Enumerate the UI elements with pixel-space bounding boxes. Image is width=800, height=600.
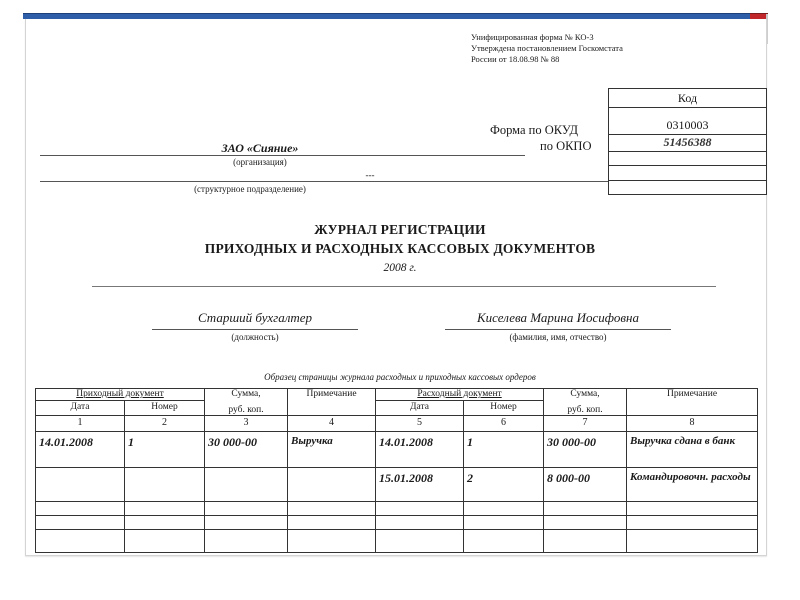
sum-header: Сумма, руб. коп. [205, 389, 288, 416]
full-name-value: Киселева Марина Иосифовна [443, 310, 673, 326]
outgoing-note-cell: Командировочн. расходы [627, 468, 758, 502]
position-value: Старший бухгалтер [150, 310, 360, 326]
table-row [36, 502, 758, 516]
table-cell [288, 502, 376, 516]
code-box-empty-row [609, 181, 766, 195]
note-header: Примечание [288, 389, 376, 416]
outgoing-note-cell: Выручка сдана в банк [627, 432, 758, 468]
okud-code: 0310003 [609, 108, 766, 135]
table-cell [464, 502, 544, 516]
okud-label: Форма по ОКУД [490, 123, 578, 138]
incoming-number-cell [125, 468, 205, 502]
document-year: 2008 г. [0, 262, 800, 274]
sum-header: Сумма, руб. коп. [544, 389, 627, 416]
table-row: 14.01.2008 1 30 000-00 Выручка 14.01.200… [36, 432, 758, 468]
code-box-empty-row [609, 166, 766, 181]
outgoing-date-cell: 15.01.2008 [376, 468, 464, 502]
position-caption: (должность) [150, 332, 360, 342]
incoming-number-cell: 1 [125, 432, 205, 468]
incoming-note-cell: Выручка [288, 432, 376, 468]
incoming-sum-cell: 30 000-00 [205, 432, 288, 468]
table-cell [125, 502, 205, 516]
table-cell [464, 516, 544, 530]
form-reference-line: России от 18.08.98 № 88 [471, 54, 623, 65]
table-cell [205, 516, 288, 530]
organization-caption: (организация) [160, 157, 360, 167]
sum-header-line1: Сумма, [208, 389, 284, 399]
form-reference: Унифицированная форма № КО-3 Утверждена … [471, 32, 623, 65]
table-cell [125, 516, 205, 530]
incoming-date-cell [36, 468, 125, 502]
code-box-header: Код [609, 89, 766, 108]
form-reference-line: Унифицированная форма № КО-3 [471, 32, 623, 43]
date-header: Дата [36, 401, 125, 416]
cash-journal-table: Приходный документ Сумма, руб. коп. Прим… [35, 388, 758, 553]
column-number: 5 [376, 416, 464, 432]
title-divider [92, 286, 716, 287]
column-number: 4 [288, 416, 376, 432]
form-reference-line: Утверждена постановлением Госкомстата [471, 43, 623, 54]
number-header: Номер [125, 401, 205, 416]
table-cell [125, 530, 205, 553]
column-number: 1 [36, 416, 125, 432]
okpo-code: 51456388 [609, 135, 766, 152]
table-cell [288, 516, 376, 530]
table-cell [544, 530, 627, 553]
outgoing-document-header: Расходный документ [376, 389, 544, 401]
table-cell [36, 516, 125, 530]
organization-name: ЗАО «Сияние» [160, 141, 360, 156]
code-box: Код 0310003 51456388 [608, 88, 767, 195]
column-number: 8 [627, 416, 758, 432]
incoming-date-cell: 14.01.2008 [36, 432, 125, 468]
table-row [36, 516, 758, 530]
okpo-label: по ОКПО [540, 139, 591, 154]
table-cell [205, 530, 288, 553]
outgoing-number-cell: 1 [464, 432, 544, 468]
sum-header-line1: Сумма, [547, 389, 623, 399]
code-box-empty-row [609, 152, 766, 166]
column-number: 3 [205, 416, 288, 432]
table-cell [544, 516, 627, 530]
sum-header-line2: руб. коп. [547, 399, 623, 415]
table-cell [627, 502, 758, 516]
incoming-document-header: Приходный документ [36, 389, 205, 401]
subdivision-caption: (структурное подразделение) [100, 184, 400, 194]
table-cell [288, 530, 376, 553]
journal-caption: Образец страницы журнала расходных и при… [0, 372, 800, 382]
table-cell [36, 530, 125, 553]
table-cell [464, 530, 544, 553]
table-cell [376, 502, 464, 516]
table-cell [627, 530, 758, 553]
document-title-line1: ЖУРНАЛ РЕГИСТРАЦИИ [0, 222, 800, 238]
document-title-line2: ПРИХОДНЫХ И РАСХОДНЫХ КАССОВЫХ ДОКУМЕНТО… [0, 241, 800, 257]
column-number: 7 [544, 416, 627, 432]
table-row [36, 530, 758, 553]
outgoing-number-cell: 2 [464, 468, 544, 502]
note-header: Примечание [627, 389, 758, 416]
incoming-sum-cell [205, 468, 288, 502]
organization-underline [40, 155, 525, 156]
table-cell [376, 530, 464, 553]
outgoing-date-cell: 14.01.2008 [376, 432, 464, 468]
full-name-caption: (фамилия, имя, отчество) [443, 332, 673, 342]
full-name-underline [445, 329, 671, 330]
table-cell [376, 516, 464, 530]
table-cell [627, 516, 758, 530]
date-header: Дата [376, 401, 464, 416]
subdivision-value: --- [160, 170, 580, 180]
number-header: Номер [464, 401, 544, 416]
subdivision-underline [40, 181, 608, 182]
table-cell [205, 502, 288, 516]
table-cell [36, 502, 125, 516]
column-number: 2 [125, 416, 205, 432]
outgoing-sum-cell: 8 000-00 [544, 468, 627, 502]
column-number: 6 [464, 416, 544, 432]
table-row: 15.01.2008 2 8 000-00 Командировочн. рас… [36, 468, 758, 502]
sum-header-line2: руб. коп. [208, 399, 284, 415]
incoming-note-cell [288, 468, 376, 502]
table-cell [544, 502, 627, 516]
outgoing-sum-cell: 30 000-00 [544, 432, 627, 468]
position-underline [152, 329, 358, 330]
